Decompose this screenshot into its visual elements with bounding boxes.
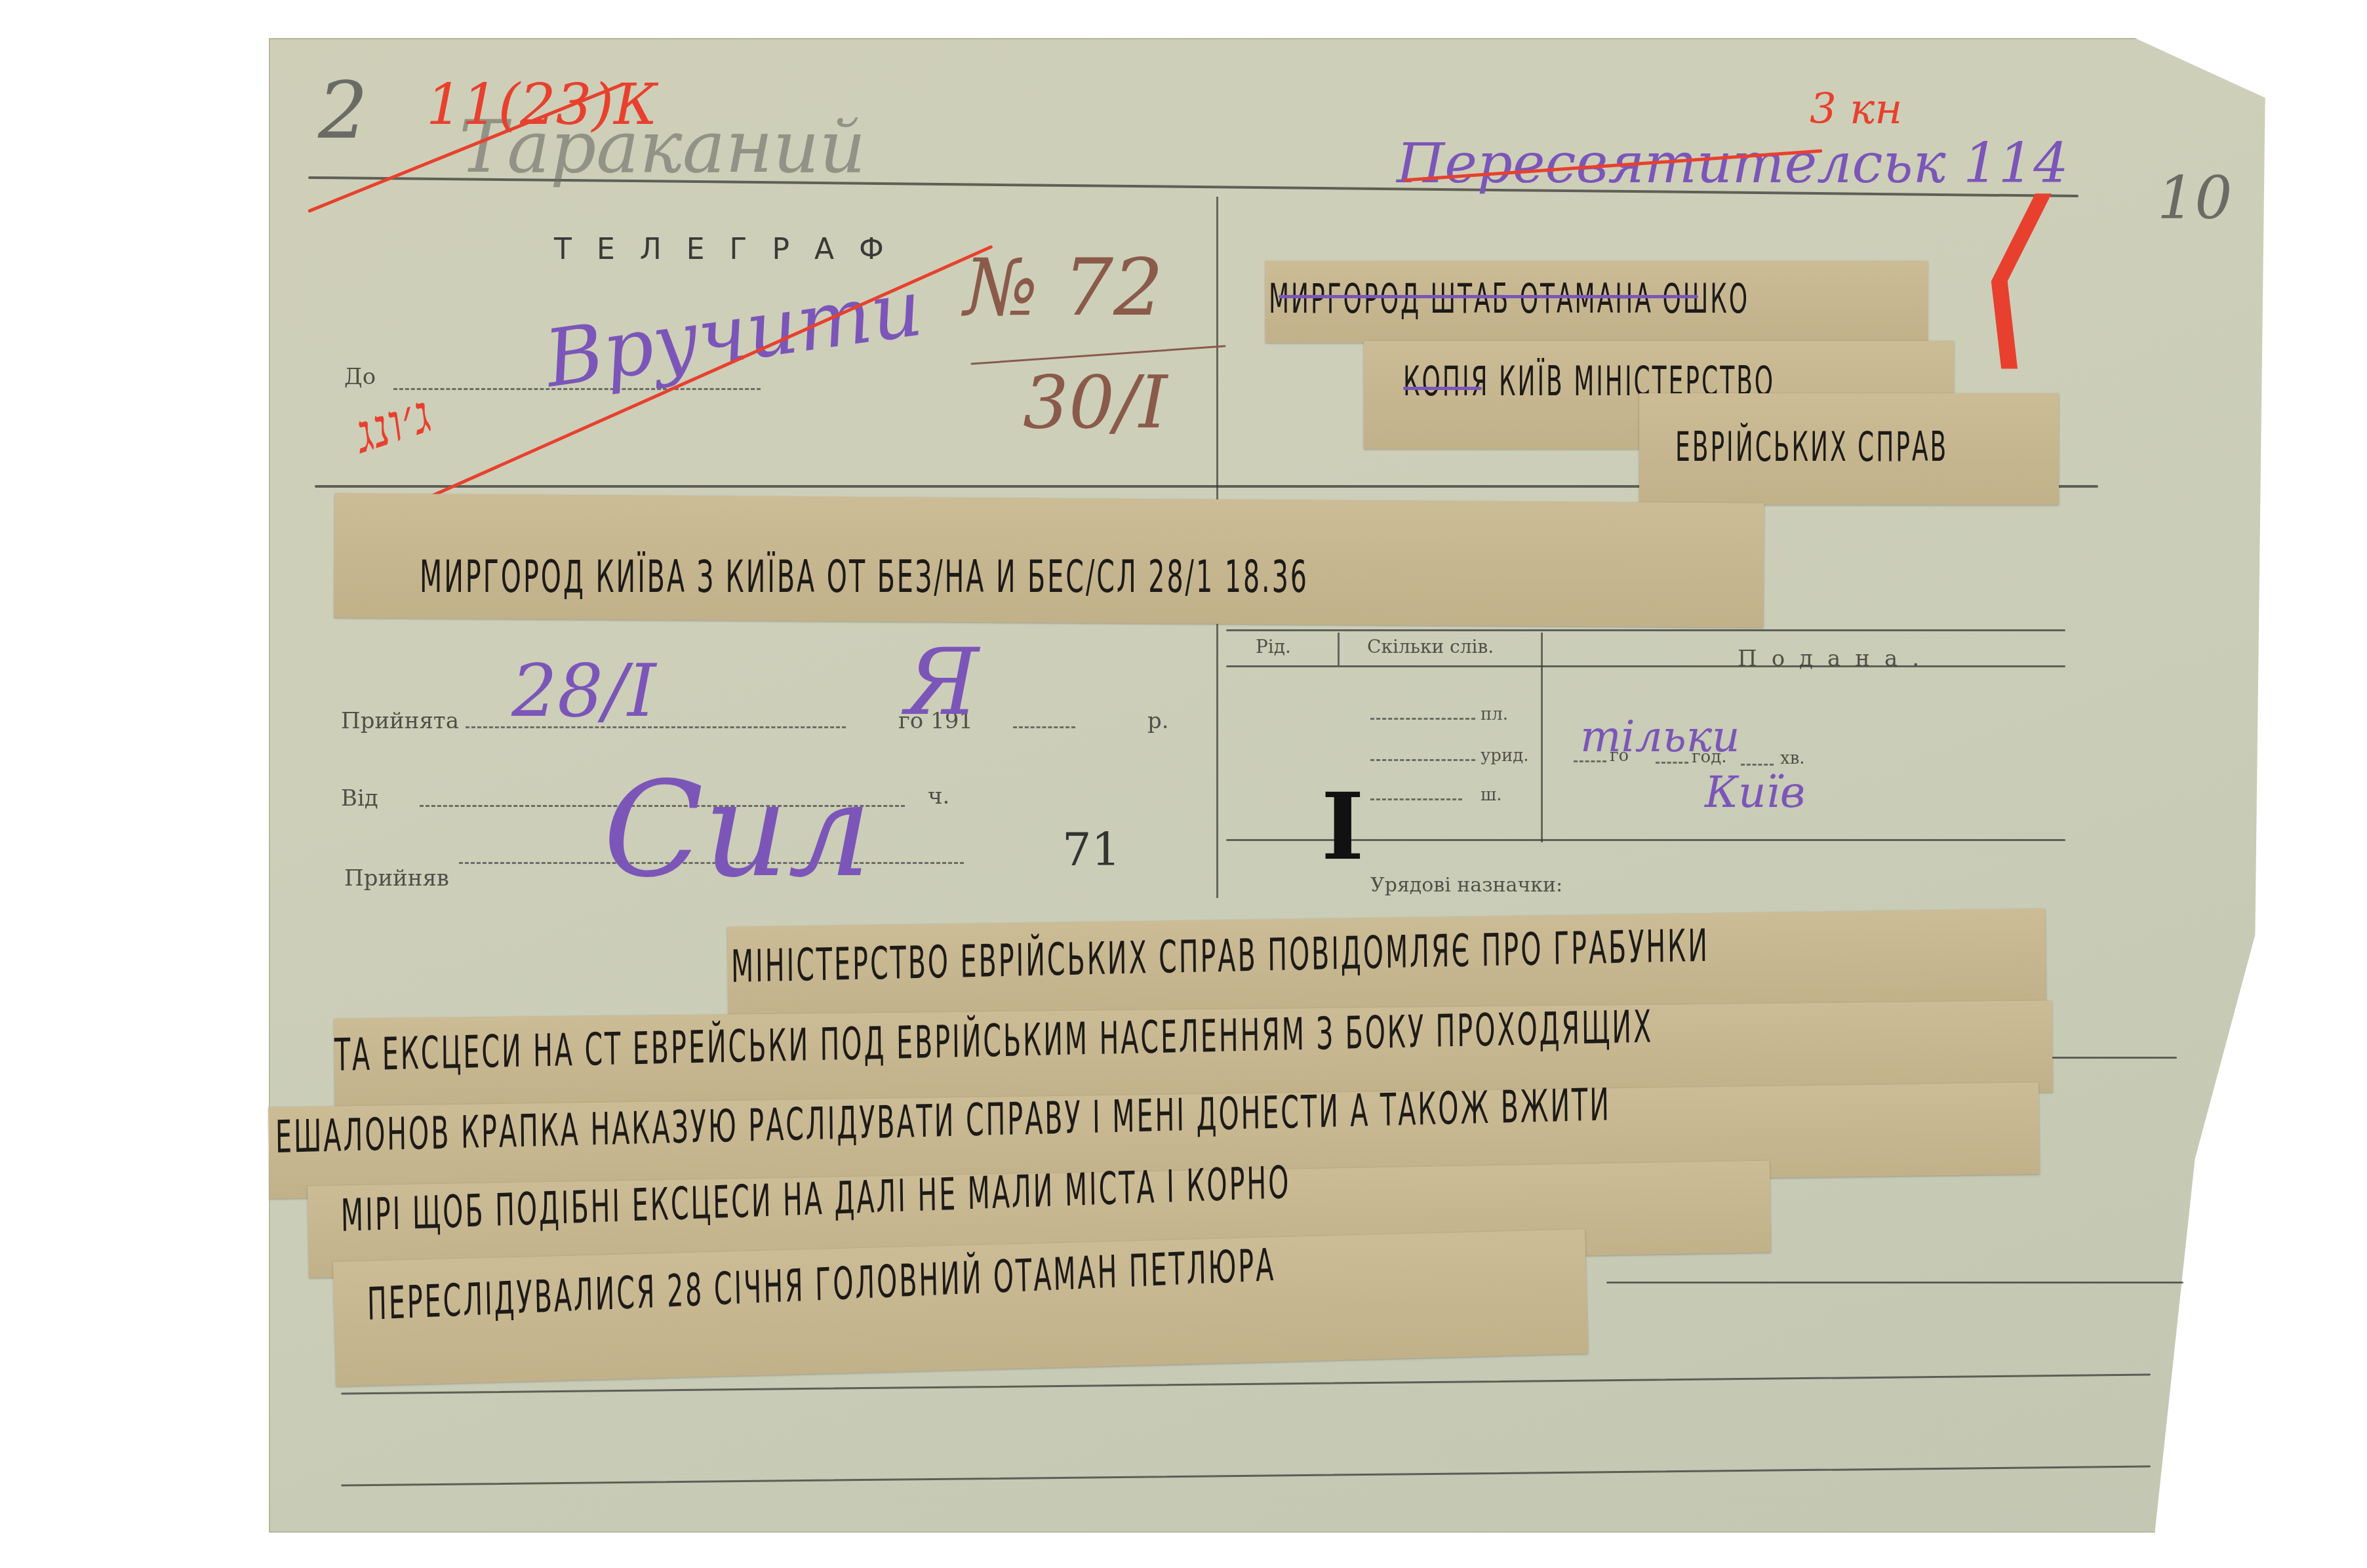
form-rule-table-header: [1226, 665, 2065, 667]
label-accepted-by: Прийняв: [344, 865, 449, 892]
date-min-line: [1741, 764, 1774, 766]
address-line-3: ЕВРІЙСЬКИХ СПРАВ: [1675, 424, 1948, 471]
form-rule-table-top: [1226, 629, 2065, 631]
label-from: Від: [341, 785, 378, 812]
sh-line: [1370, 798, 1462, 800]
label-hour: ч.: [928, 783, 949, 810]
label-received: Прийнята: [341, 708, 459, 734]
header-line: МИРГОРОД КИЇВА З КИЇВА ОТ БЕЗ/НА И БЕС/С…: [420, 551, 1309, 603]
purple-strike-address-2: [1403, 387, 1482, 390]
received-date-handwritten: 28/I: [511, 649, 656, 733]
urid-line: [1370, 759, 1475, 761]
form-rule-lower-2: [1606, 1282, 2183, 1284]
submitted-city: Київ: [1705, 767, 1805, 817]
pl-line: [1370, 718, 1475, 720]
date-hour-line: [1656, 762, 1688, 764]
accepted-signature: Сил: [603, 754, 871, 907]
registration-date: 30/I: [1023, 361, 1167, 444]
label-to: До: [344, 364, 376, 390]
registration-number: № 72: [964, 243, 1163, 334]
received-sign-handwritten: Я: [905, 629, 979, 736]
handwritten-red-note: 3 кн: [1810, 85, 1902, 134]
form-title: ТЕЛЕГРАФ: [554, 233, 909, 266]
form-table-col1: [1338, 633, 1340, 665]
handwritten-number-2: 2: [318, 66, 368, 157]
purple-strike-address-1: [1279, 295, 1698, 298]
address-line-1: МИРГОРОД ШТАБ ОТАМАНА ОШКО: [1269, 276, 1749, 323]
accepted-number: 71: [1062, 823, 1121, 876]
col-submitted-header: Подана.: [1738, 646, 1934, 672]
label-year-suffix: р.: [1147, 708, 1169, 734]
unit-pl: пл.: [1481, 705, 1508, 724]
handwritten-purple-destination: Пересвятителськ 114: [1397, 131, 2069, 195]
year-field-line: [1013, 726, 1075, 728]
red-bracket-mark: ⟨: [1974, 177, 2050, 374]
official-notes-label: Урядові назначки:: [1370, 874, 1562, 897]
submitted-place: тільки: [1580, 711, 1740, 762]
unit-sh: ш.: [1481, 785, 1502, 805]
col-kind-header: Рід.: [1256, 636, 1291, 657]
unit-urid: урид.: [1481, 746, 1529, 766]
handwritten-corner-number: 10: [2157, 164, 2233, 233]
black-marker-glyph: I: [1321, 774, 1364, 881]
form-table-col2: [1541, 633, 1543, 842]
col-words-header: Скільки слів.: [1367, 636, 1494, 657]
date-min: хв.: [1780, 749, 1805, 768]
